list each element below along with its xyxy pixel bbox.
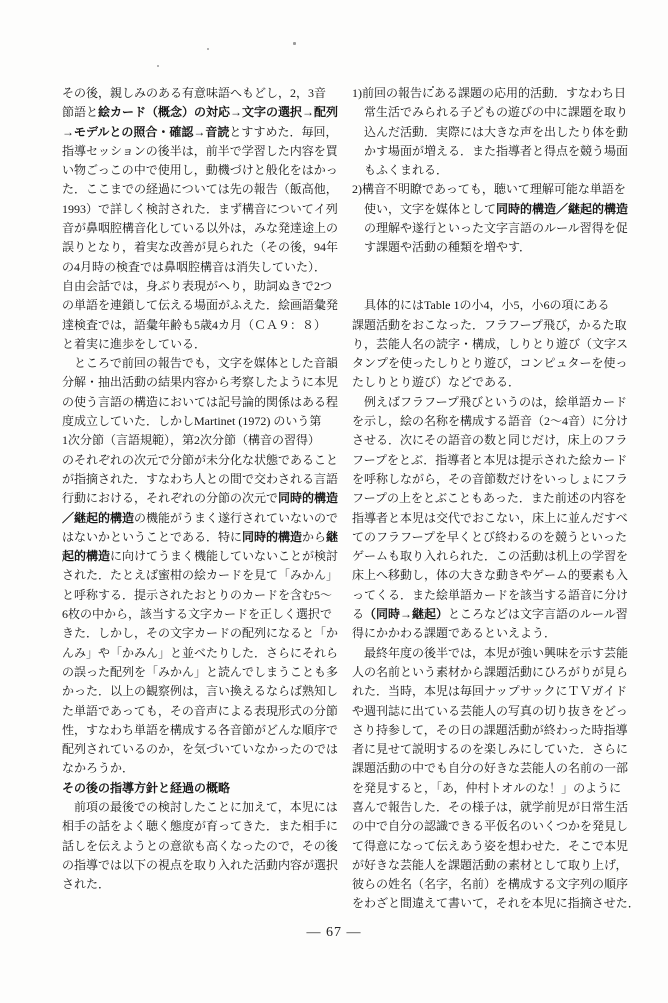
text-line: フープの上をとぶこともあった．また前述の内容を bbox=[352, 489, 642, 508]
text-line: 者に見せて説明するのを楽しみにしていた．さらに bbox=[352, 740, 642, 759]
text-line: 行動における，それぞれの分節の次元で同時的構造 bbox=[62, 489, 352, 508]
text-line: る（同時→継起）ところなどは文字言語のルール習 bbox=[352, 605, 642, 624]
scan-speck bbox=[207, 48, 209, 50]
text-line: り，芸能人名の読字・構成，しりとり遊び（文字ス bbox=[352, 335, 642, 354]
text-line: 性，すなわち単語を構成する各音節がどんな順序で bbox=[62, 721, 352, 740]
text-line: 彼らの姓名（名字，名前）を構成する文字列の順序 bbox=[352, 875, 642, 894]
text-line: 起的構造に向けてうまく機能していないことが検討 bbox=[62, 547, 352, 566]
text-line: ／継起的構造の機能がうまく遂行されていないので bbox=[62, 509, 352, 528]
text-line: 分解・抽出活動の結果内容から考察したように本児 bbox=[62, 373, 352, 392]
text-line: 6枚の中から，該当する文字カードを正しく選択で bbox=[62, 605, 352, 624]
text-line: を呼称しながら，その音節数だけをいっしょにフラ bbox=[352, 470, 642, 489]
text-line: 話しを伝えようとの意欲も高くなったので，その後 bbox=[62, 837, 352, 856]
document-page: その後，親しみのある有意味語へもどし，2，3音節語と絵カード（概念）の対応→文字… bbox=[0, 0, 668, 1003]
text-line: かった．以上の観察例は，言い換えるならば熟知し bbox=[62, 682, 352, 701]
text-line: 最終年度の後半では，本児が強い興味を示す芸能 bbox=[352, 644, 642, 663]
text-line: その後の指導方針と経過の概略 bbox=[62, 779, 352, 798]
text-line: タンプを使ったしりとり遊び，コンピュターを使っ bbox=[352, 354, 642, 373]
text-line: 相手の話をよく聴く態度が育ってきた．また相手に bbox=[62, 817, 352, 836]
text-line: が好きな芸能人を課題活動の素材として取り上げ， bbox=[352, 856, 642, 875]
text-line: をわざと間違えて書いて，それを本児に指摘させた． bbox=[352, 894, 642, 913]
text-line bbox=[352, 258, 642, 277]
text-line: 具体的にはTable 1の小4，小5，小6の項にある bbox=[352, 296, 642, 315]
text-line: い物ごっこの中で使用し，動機づけと般化をはかっ bbox=[62, 161, 352, 180]
text-line: んみ」や「かみん」と並べたりした．さらにそれら bbox=[62, 644, 352, 663]
text-line: →モデルとの照合・確認→音読とすすめた．毎回， bbox=[62, 123, 352, 142]
text-line: 達検査では，語彙年齢も5歳4カ月（ＣＡ９：８） bbox=[62, 316, 352, 335]
text-line: ゲームも取り入れられた．この活動は机上の学習を bbox=[352, 547, 642, 566]
text-line: 常生活でみられる子どもの遊びの中に課題を取り bbox=[352, 103, 642, 122]
text-line: なかろうか． bbox=[62, 759, 352, 778]
text-line: ってくる．また絵単語カードを該当する語音に分け bbox=[352, 586, 642, 605]
text-line: 得にかかわる課題であるといえよう． bbox=[352, 624, 642, 643]
text-line bbox=[352, 277, 642, 296]
text-line: 喜んで報告した．その様子は，就学前児が日常生活 bbox=[352, 798, 642, 817]
text-line: 課題活動の中でも自分の好きな芸能人の名前の一部 bbox=[352, 759, 642, 778]
text-line: 2)構音不明瞭であっても，聴いて理解可能な単語を bbox=[352, 180, 642, 199]
text-line: 配列されているのか，を気づいていなかったのでは bbox=[62, 740, 352, 759]
text-line: のそれぞれの次元で分節が未分化な状態であること bbox=[62, 451, 352, 470]
text-line: さり持参して，その日の課題活動が終わった時指導 bbox=[352, 721, 642, 740]
text-line: たしりとり遊び）などである． bbox=[352, 373, 642, 392]
text-line: 節語と絵カード（概念）の対応→文字の選択→配列 bbox=[62, 103, 352, 122]
text-line: が指摘された．すなわち人との間で交わされる言語 bbox=[62, 470, 352, 489]
text-line: て得意になって伝えあう姿を想わせた．そこで本児 bbox=[352, 837, 642, 856]
text-line: ところで前回の報告でも，文字を媒体とした音韻 bbox=[62, 354, 352, 373]
text-line: てのフラフープを早くとび終わるのを競うといった bbox=[352, 528, 642, 547]
text-line: もふくまれる． bbox=[352, 161, 642, 180]
text-line: 自由会話では，身ぶり表現がへり，助詞ぬきで2つ bbox=[62, 277, 352, 296]
text-line: された． bbox=[62, 875, 352, 894]
text-line: れた．当時，本児は毎回ナップサックにＴＶガイド bbox=[352, 682, 642, 701]
text-line: 度成立していた．しかしMartinet (1972) のいう第 bbox=[62, 412, 352, 431]
text-line: フープをとぶ．指導者と本児は提示された絵カード bbox=[352, 451, 642, 470]
text-line: きた．しかし，その文字カードの配列になると「か bbox=[62, 624, 352, 643]
text-line: させる．次にその語音の数と同じだけ，床上のフラ bbox=[352, 431, 642, 450]
text-line: や週刊誌に出ている芸能人の写真の切り抜きをどっ bbox=[352, 702, 642, 721]
text-line: 指導者と本児は交代でおこない，床上に並んだすべ bbox=[352, 509, 642, 528]
text-line: された．たとえば蜜柑の絵カードを見て「みかん」 bbox=[62, 566, 352, 585]
left-column-text: その後，親しみのある有意味語へもどし，2，3音節語と絵カード（概念）の対応→文字… bbox=[62, 84, 352, 894]
text-line: 1)前回の報告にある課題の応用的活動．すなわち日 bbox=[352, 84, 642, 103]
text-line: た単語であっても，その音声による表現形式の分節 bbox=[62, 702, 352, 721]
text-line: た．ここまでの経過については先の報告（飯高他， bbox=[62, 180, 352, 199]
text-line: 使い，文字を媒体として同時的構造／継起的構造 bbox=[352, 200, 642, 219]
text-line: の指導では以下の視点を取り入れた活動内容が選択 bbox=[62, 856, 352, 875]
scan-speck bbox=[157, 65, 159, 67]
text-line: と呼称する．提示されたおとりのカードを含む5～ bbox=[62, 586, 352, 605]
text-line: す課題や活動の種類を増やす． bbox=[352, 238, 642, 257]
text-line: 1993）で詳しく検討された．まず構音についてイ列 bbox=[62, 200, 352, 219]
text-line: 例えばフラフープ飛びというのは，絵単語カード bbox=[352, 393, 642, 412]
text-line: 込んだ活動．実際には大きな声を出したり体を動 bbox=[352, 123, 642, 142]
scan-speck bbox=[293, 42, 296, 45]
text-line: 1次分節（言語規範），第2次分節（構音の習得） bbox=[62, 431, 352, 450]
page-number: — 67 — bbox=[0, 925, 668, 941]
text-line: 前項の最後での検討したことに加えて，本児には bbox=[62, 798, 352, 817]
text-line: 床上へ移動し，体の大きな動きやゲーム的要素も入 bbox=[352, 566, 642, 585]
text-line: の理解や遂行といった文字言語のルール習得を促 bbox=[352, 219, 642, 238]
text-line: と着実に進歩をしている． bbox=[62, 335, 352, 354]
text-line: を発見すると，「あ，仲村トオルのな！」のように bbox=[352, 779, 642, 798]
text-line: はないかということである．特に同時的構造から継 bbox=[62, 528, 352, 547]
text-line: の誤った配列を「みかん」と読んでしまうことも多 bbox=[62, 663, 352, 682]
right-column-text: 1)前回の報告にある課題の応用的活動．すなわち日 常生活でみられる子どもの遊びの… bbox=[352, 84, 642, 914]
text-line: 音が鼻咽腔構音化している以外は，みな発達途上の bbox=[62, 219, 352, 238]
text-line: 指導セッションの後半は，前半で学習した内容を買 bbox=[62, 142, 352, 161]
text-line: を示し，絵の名称を構成する語音（2～4音）に分け bbox=[352, 412, 642, 431]
text-line: その後，親しみのある有意味語へもどし，2，3音 bbox=[62, 84, 352, 103]
text-line: の4月時の検査では鼻咽腔構音は消失していた）． bbox=[62, 258, 352, 277]
text-line: の単語を連鎖して伝える場面がふえた．絵画語彙発 bbox=[62, 296, 352, 315]
text-line: の使う言語の構造においては記号論的関係はある程 bbox=[62, 393, 352, 412]
text-line: 誤りとなり，着実な改善が見られた（その後，94年 bbox=[62, 238, 352, 257]
text-line: 課題活動をおこなった．フラフープ飛び，かるた取 bbox=[352, 316, 642, 335]
text-line: 人の名前という素材から課題活動にひろがりが見ら bbox=[352, 663, 642, 682]
text-line: の中で自分の認識できる平仮名のいくつかを発見し bbox=[352, 817, 642, 836]
text-line: かす場面が増える．また指導者と得点を競う場面 bbox=[352, 142, 642, 161]
